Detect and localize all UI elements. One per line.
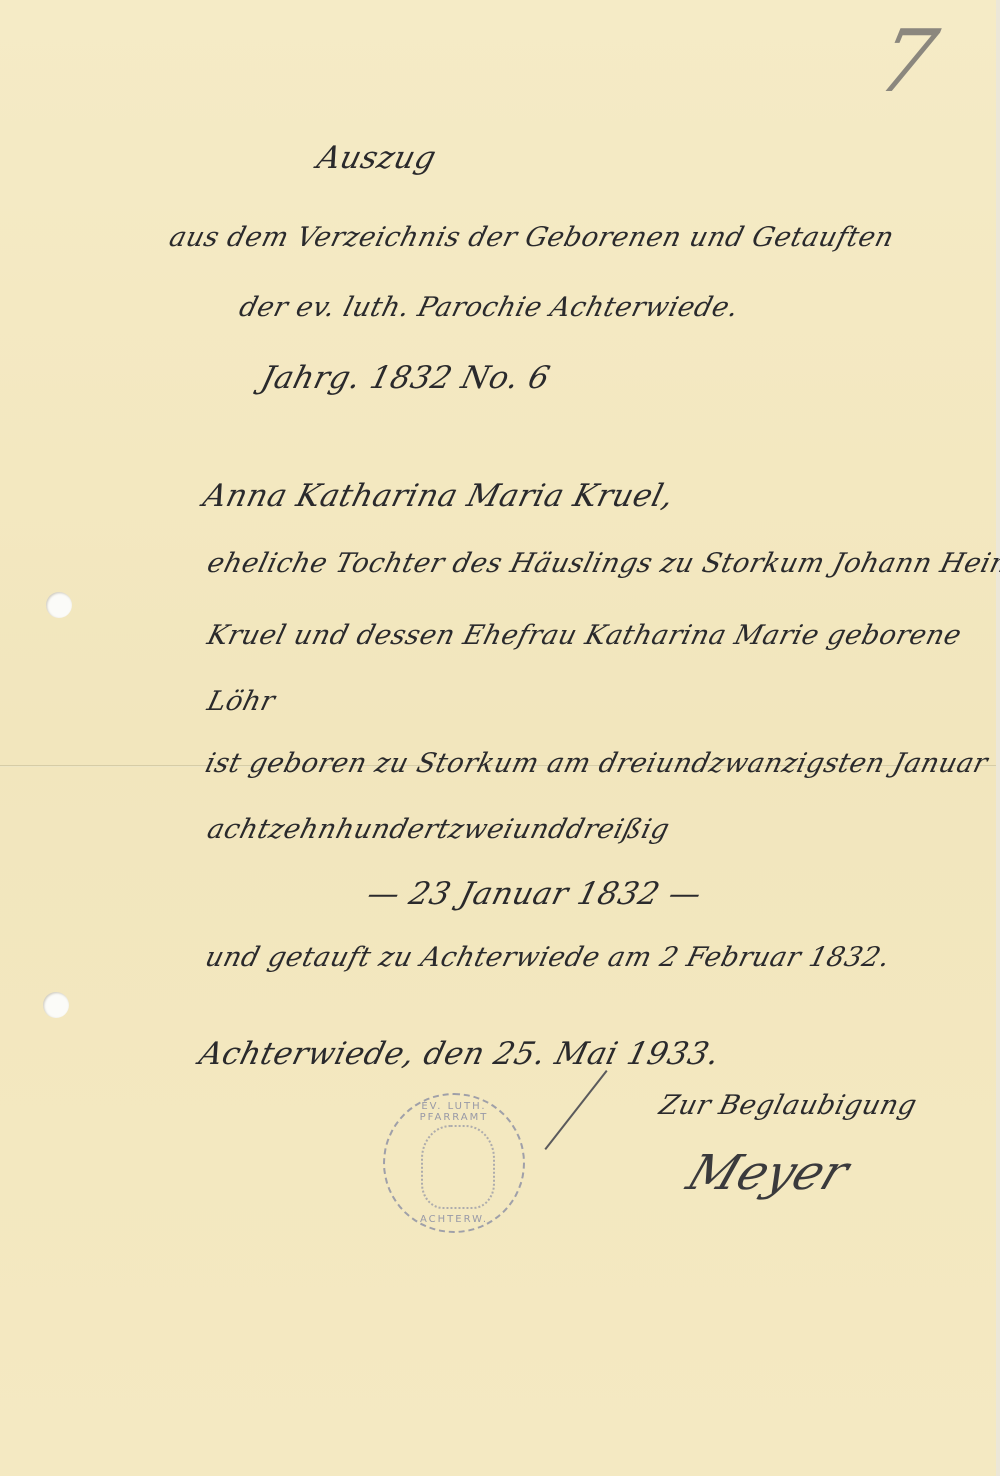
header-line-3: Jahrg. 1832 No. 6 <box>258 360 554 396</box>
body-line-maiden-name: Löhr <box>204 686 278 717</box>
header-line-2: der ev. luth. Parochie Achterwiede. <box>236 292 742 323</box>
body-line-parents: eheliche Tochter des Häuslings zu Storku… <box>204 548 1000 579</box>
place-and-date: Achterwiede, den 25. Mai 1933. <box>196 1036 724 1072</box>
baptism-line: und getauft zu Achterwiede am 2 Februar … <box>202 942 893 973</box>
stamp-top-text: EV. LUTH. PFARRAMT <box>385 1101 523 1123</box>
stamp-emblem-icon <box>421 1125 495 1209</box>
child-name: Anna Katharina Maria Kruel, <box>200 478 678 514</box>
header-line-1: aus dem Verzeichnis der Geborenen und Ge… <box>166 222 897 253</box>
paper-edge <box>996 0 1000 1476</box>
pastor-signature: Meyer <box>680 1145 856 1201</box>
body-line-year-words: achtzehnhundertzweiunddreißig <box>204 814 673 845</box>
attestation-label: Zur Beglaubigung <box>656 1090 920 1121</box>
body-line-birth: ist geboren zu Storkum am dreiundzwanzig… <box>202 748 991 779</box>
punch-hole-bottom <box>43 992 69 1018</box>
birth-date: — 23 Januar 1832 — <box>364 876 706 912</box>
stamp-bottom-text: ACHTERW. <box>385 1214 523 1225</box>
document-title: Auszug <box>314 140 440 176</box>
punch-hole-top <box>46 592 72 618</box>
body-line-mother: Kruel und dessen Ehefrau Katharina Marie… <box>204 620 965 651</box>
church-seal-stamp: EV. LUTH. PFARRAMT ACHTERW. <box>383 1093 525 1233</box>
